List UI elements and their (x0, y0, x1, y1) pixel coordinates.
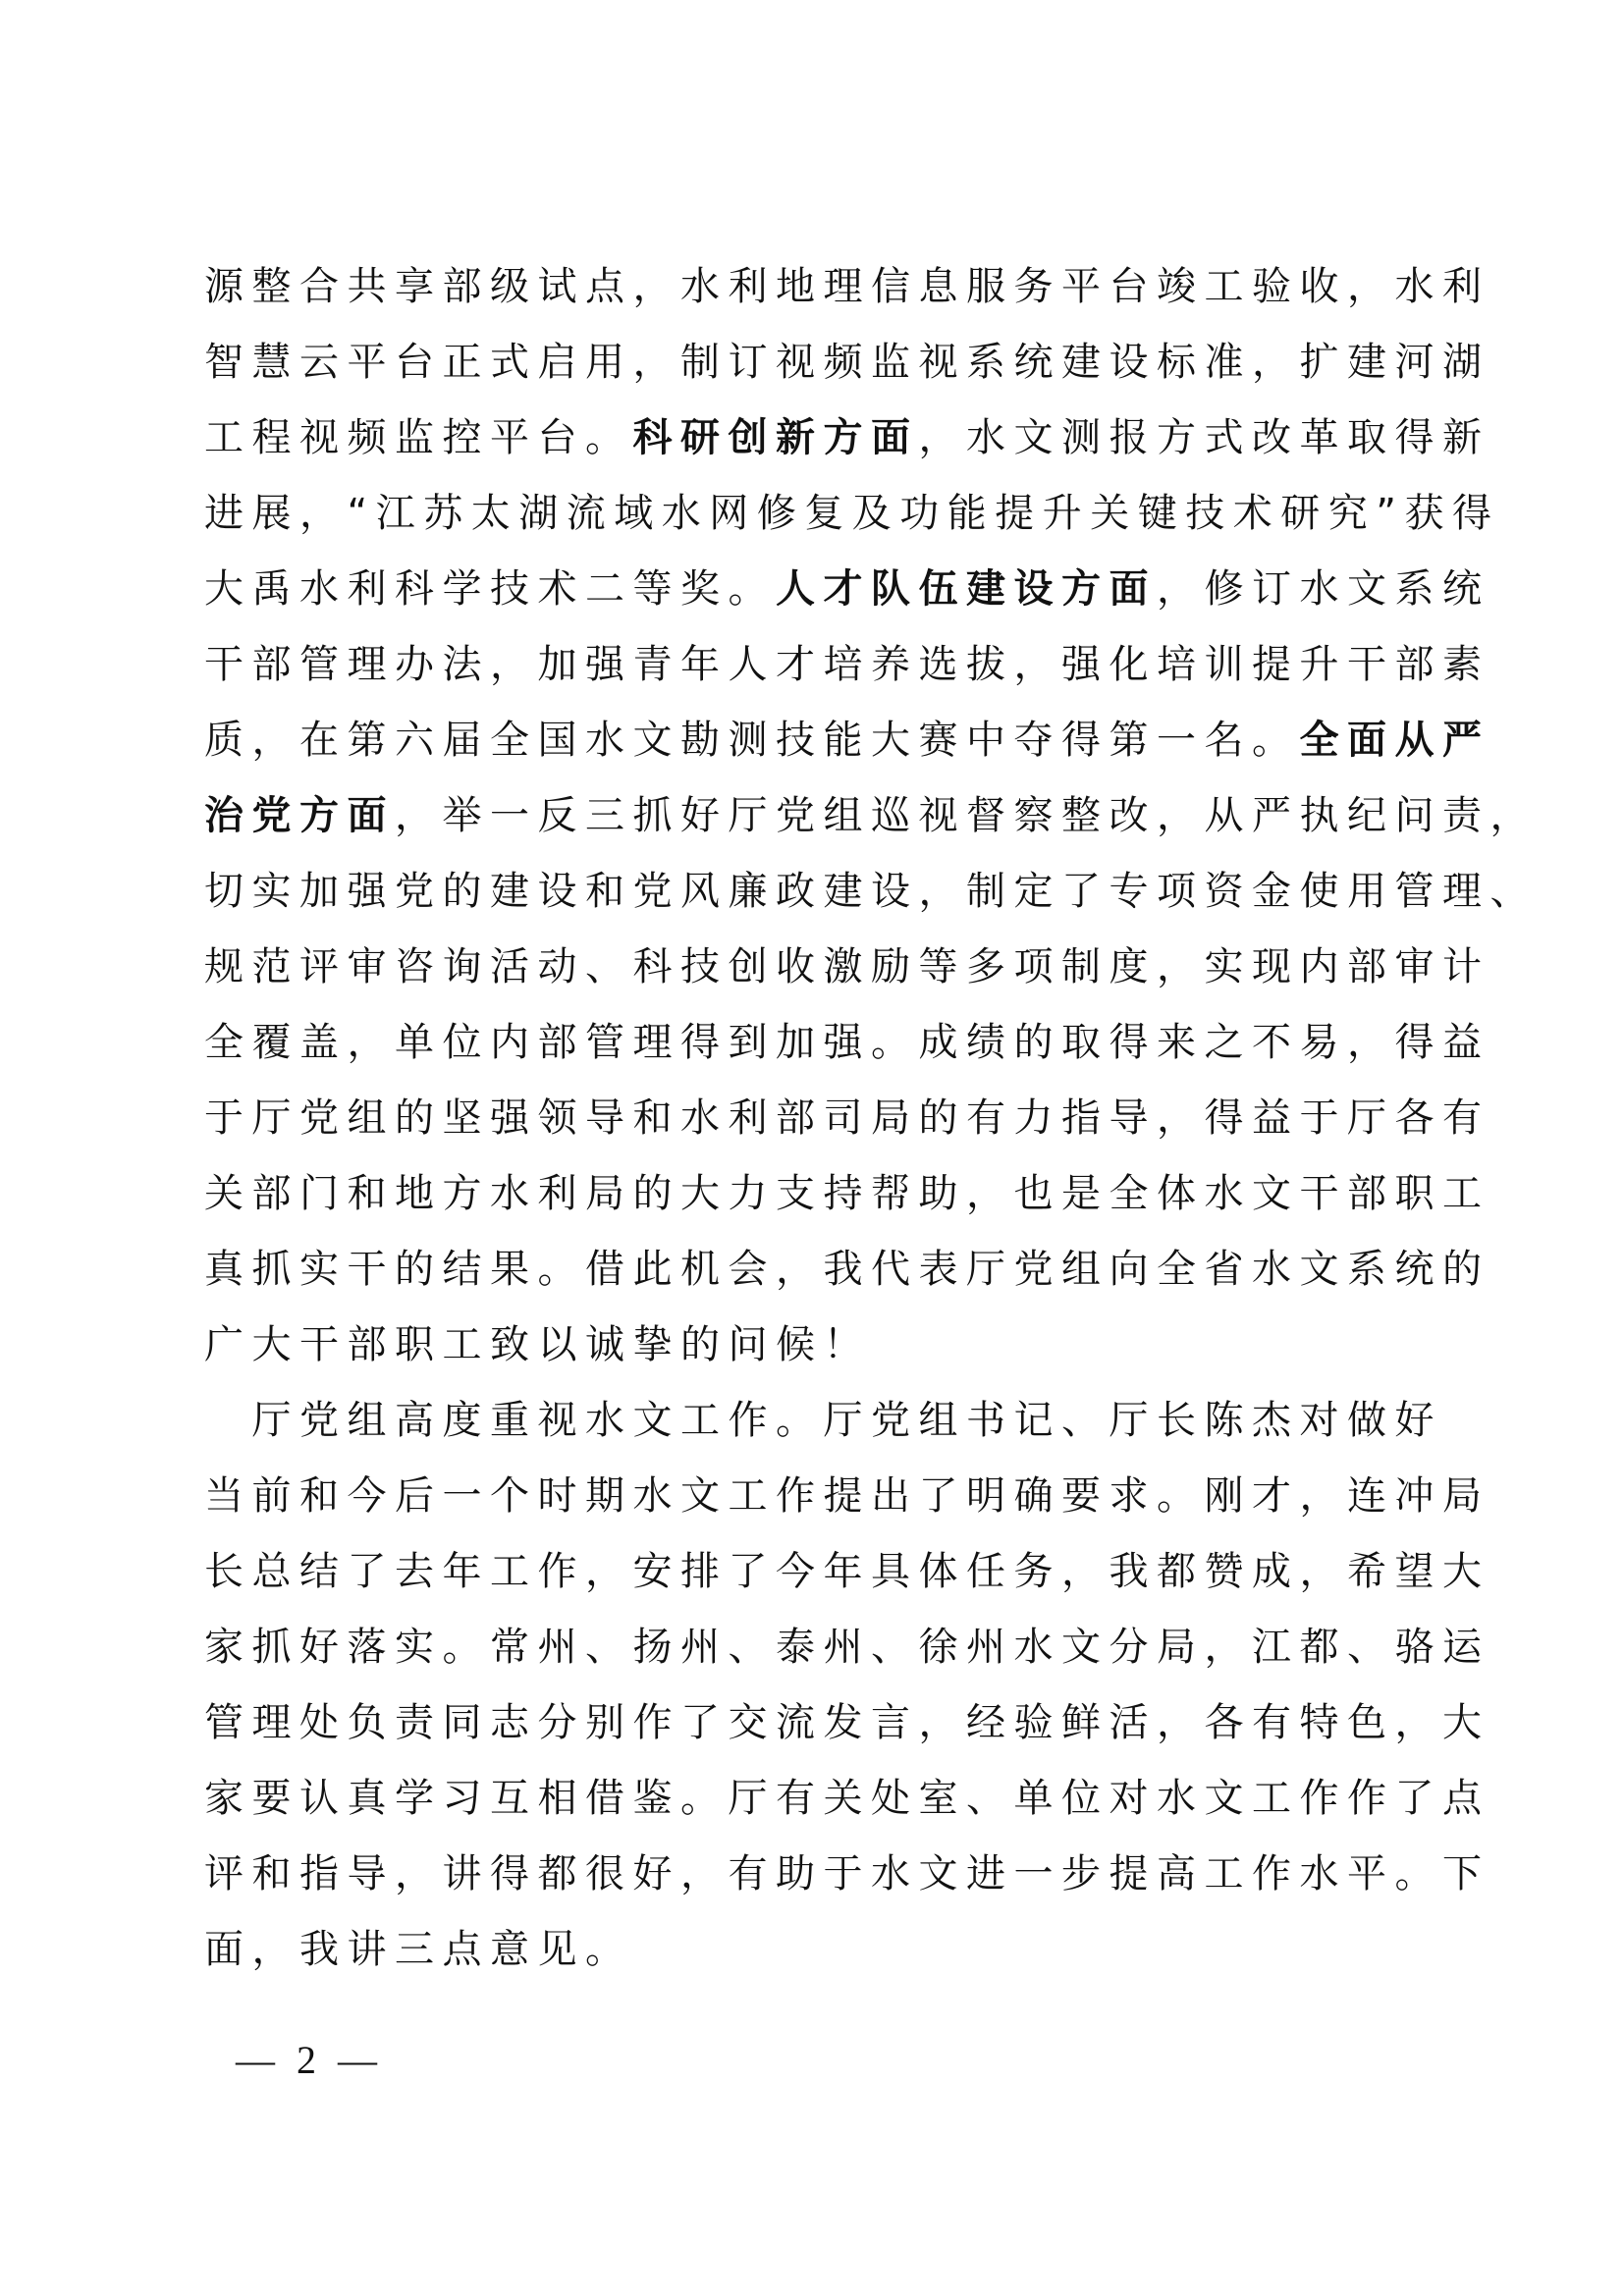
text-segment: 关部门和地方水利局的大力支持帮助，也是全体水文干部职工 (204, 1171, 1490, 1216)
text-segment: 源整合共享部级试点，水利地理信息服务平台竣工验收，水利 (204, 264, 1490, 309)
text-segment: 面，我讲三点意见。 (204, 1927, 633, 1972)
text-segment: 评和指导，讲得都很好，有助于水文进一步提高工作水平。下 (204, 1851, 1490, 1896)
text-line: 大禹水利科学技术二等奖。人才队伍建设方面，修订水文系统 (204, 560, 1422, 618)
text-segment: 智慧云平台正式启用，制订视频监视系统建设标准，扩建河湖 (204, 340, 1490, 385)
text-segment: ，修订水文系统 (1157, 566, 1490, 612)
text-segment: 当前和今后一个时期水文工作提出了明确要求。刚才，连冲局 (204, 1473, 1490, 1519)
text-line: 家抓好落实。常州、扬州、泰州、徐州水文分局，江都、骆运 (204, 1618, 1422, 1677)
text-segment: 全覆盖，单位内部管理得到加强。成绩的取得来之不易，得益 (204, 1020, 1490, 1065)
text-segment: 长总结了去年工作，安排了今年具体任务，我都赞成，希望大 (204, 1549, 1490, 1594)
text-line: 工程视频监控平台。科研创新方面，水文测报方式改革取得新 (204, 408, 1422, 467)
text-line: 切实加强党的建设和党风廉政建设，制定了专项资金使用管理、 (204, 862, 1422, 921)
text-line: 全覆盖，单位内部管理得到加强。成绩的取得来之不易，得益 (204, 1013, 1422, 1072)
text-line: 管理处负责同志分别作了交流发言，经验鲜活，各有特色，大 (204, 1693, 1422, 1752)
text-line: 面，我讲三点意见。 (204, 1920, 1422, 1979)
text-segment: 工程视频监控平台。 (204, 415, 633, 460)
text-segment: 厅党组高度重视水文工作。厅党组书记、厅长陈杰对做好 (204, 1398, 1442, 1443)
text-line: 家要认真学习互相借鉴。厅有关处室、单位对水文工作作了点 (204, 1769, 1422, 1828)
text-segment: 切实加强党的建设和党风廉政建设，制定了专项资金使用管理、 (204, 869, 1538, 914)
text-line: 干部管理办法，加强青年人才培养选拔，强化培训提升干部素 (204, 635, 1422, 694)
text-line: 广大干部职工致以诚挚的问候！ (204, 1315, 1422, 1374)
bold-heading-text: 人才队伍建设方面 (776, 566, 1157, 612)
text-line: 真抓实干的结果。借此机会，我代表厅党组向全省水文系统的 (204, 1240, 1422, 1299)
text-segment: 管理处负责同志分别作了交流发言，经验鲜活，各有特色，大 (204, 1700, 1490, 1745)
text-line: 于厅党组的坚强领导和水利部司局的有力指导，得益于厅各有 (204, 1089, 1422, 1148)
text-segment: 于厅党组的坚强领导和水利部司局的有力指导，得益于厅各有 (204, 1095, 1490, 1141)
page-number: — 2 — (236, 2037, 383, 2083)
text-line: 进展，“江苏太湖流域水网修复及功能提升关键技术研究”获得 (204, 484, 1422, 543)
text-line: 长总结了去年工作，安排了今年具体任务，我都赞成，希望大 (204, 1542, 1422, 1601)
text-segment: ，举一反三抓好厅党组巡视督察整改，从严执纪问责， (395, 793, 1538, 838)
text-line: 厅党组高度重视水文工作。厅党组书记、厅长陈杰对做好 (204, 1391, 1422, 1450)
text-segment: 质，在第六届全国水文勘测技能大赛中夺得第一名。 (204, 718, 1300, 763)
bold-heading-text: 全面从严 (1300, 718, 1490, 763)
bold-heading-text: 治党方面 (204, 793, 395, 838)
text-line: 当前和今后一个时期水文工作提出了明确要求。刚才，连冲局 (204, 1467, 1422, 1525)
text-line: 规范评审咨询活动、科技创收激励等多项制度，实现内部审计 (204, 937, 1422, 996)
text-line: 治党方面，举一反三抓好厅党组巡视督察整改，从严执纪问责， (204, 786, 1422, 845)
text-line: 质，在第六届全国水文勘测技能大赛中夺得第一名。全面从严 (204, 711, 1422, 770)
text-segment: 干部管理办法，加强青年人才培养选拔，强化培训提升干部素 (204, 642, 1490, 687)
text-line: 关部门和地方水利局的大力支持帮助，也是全体水文干部职工 (204, 1164, 1422, 1223)
text-line: 评和指导，讲得都很好，有助于水文进一步提高工作水平。下 (204, 1844, 1422, 1903)
text-segment: ，水文测报方式改革取得新 (919, 415, 1490, 460)
text-segment: 家要认真学习互相借鉴。厅有关处室、单位对水文工作作了点 (204, 1776, 1490, 1821)
text-segment: 进展，“江苏太湖流域水网修复及功能提升关键技术研究”获得 (204, 491, 1499, 536)
text-line: 智慧云平台正式启用，制订视频监视系统建设标准，扩建河湖 (204, 333, 1422, 392)
bold-heading-text: 科研创新方面 (633, 415, 919, 460)
text-segment: 家抓好落实。常州、扬州、泰州、徐州水文分局，江都、骆运 (204, 1625, 1490, 1670)
text-segment: 广大干部职工致以诚挚的问候！ (204, 1322, 871, 1367)
text-segment: 规范评审咨询活动、科技创收激励等多项制度，实现内部审计 (204, 944, 1490, 989)
text-segment: 真抓实干的结果。借此机会，我代表厅党组向全省水文系统的 (204, 1247, 1490, 1292)
text-segment: 大禹水利科学技术二等奖。 (204, 566, 776, 612)
document-page: 源整合共享部级试点，水利地理信息服务平台竣工验收，水利智慧云平台正式启用，制订视… (0, 0, 1624, 2296)
text-line: 源整合共享部级试点，水利地理信息服务平台竣工验收，水利 (204, 257, 1422, 316)
